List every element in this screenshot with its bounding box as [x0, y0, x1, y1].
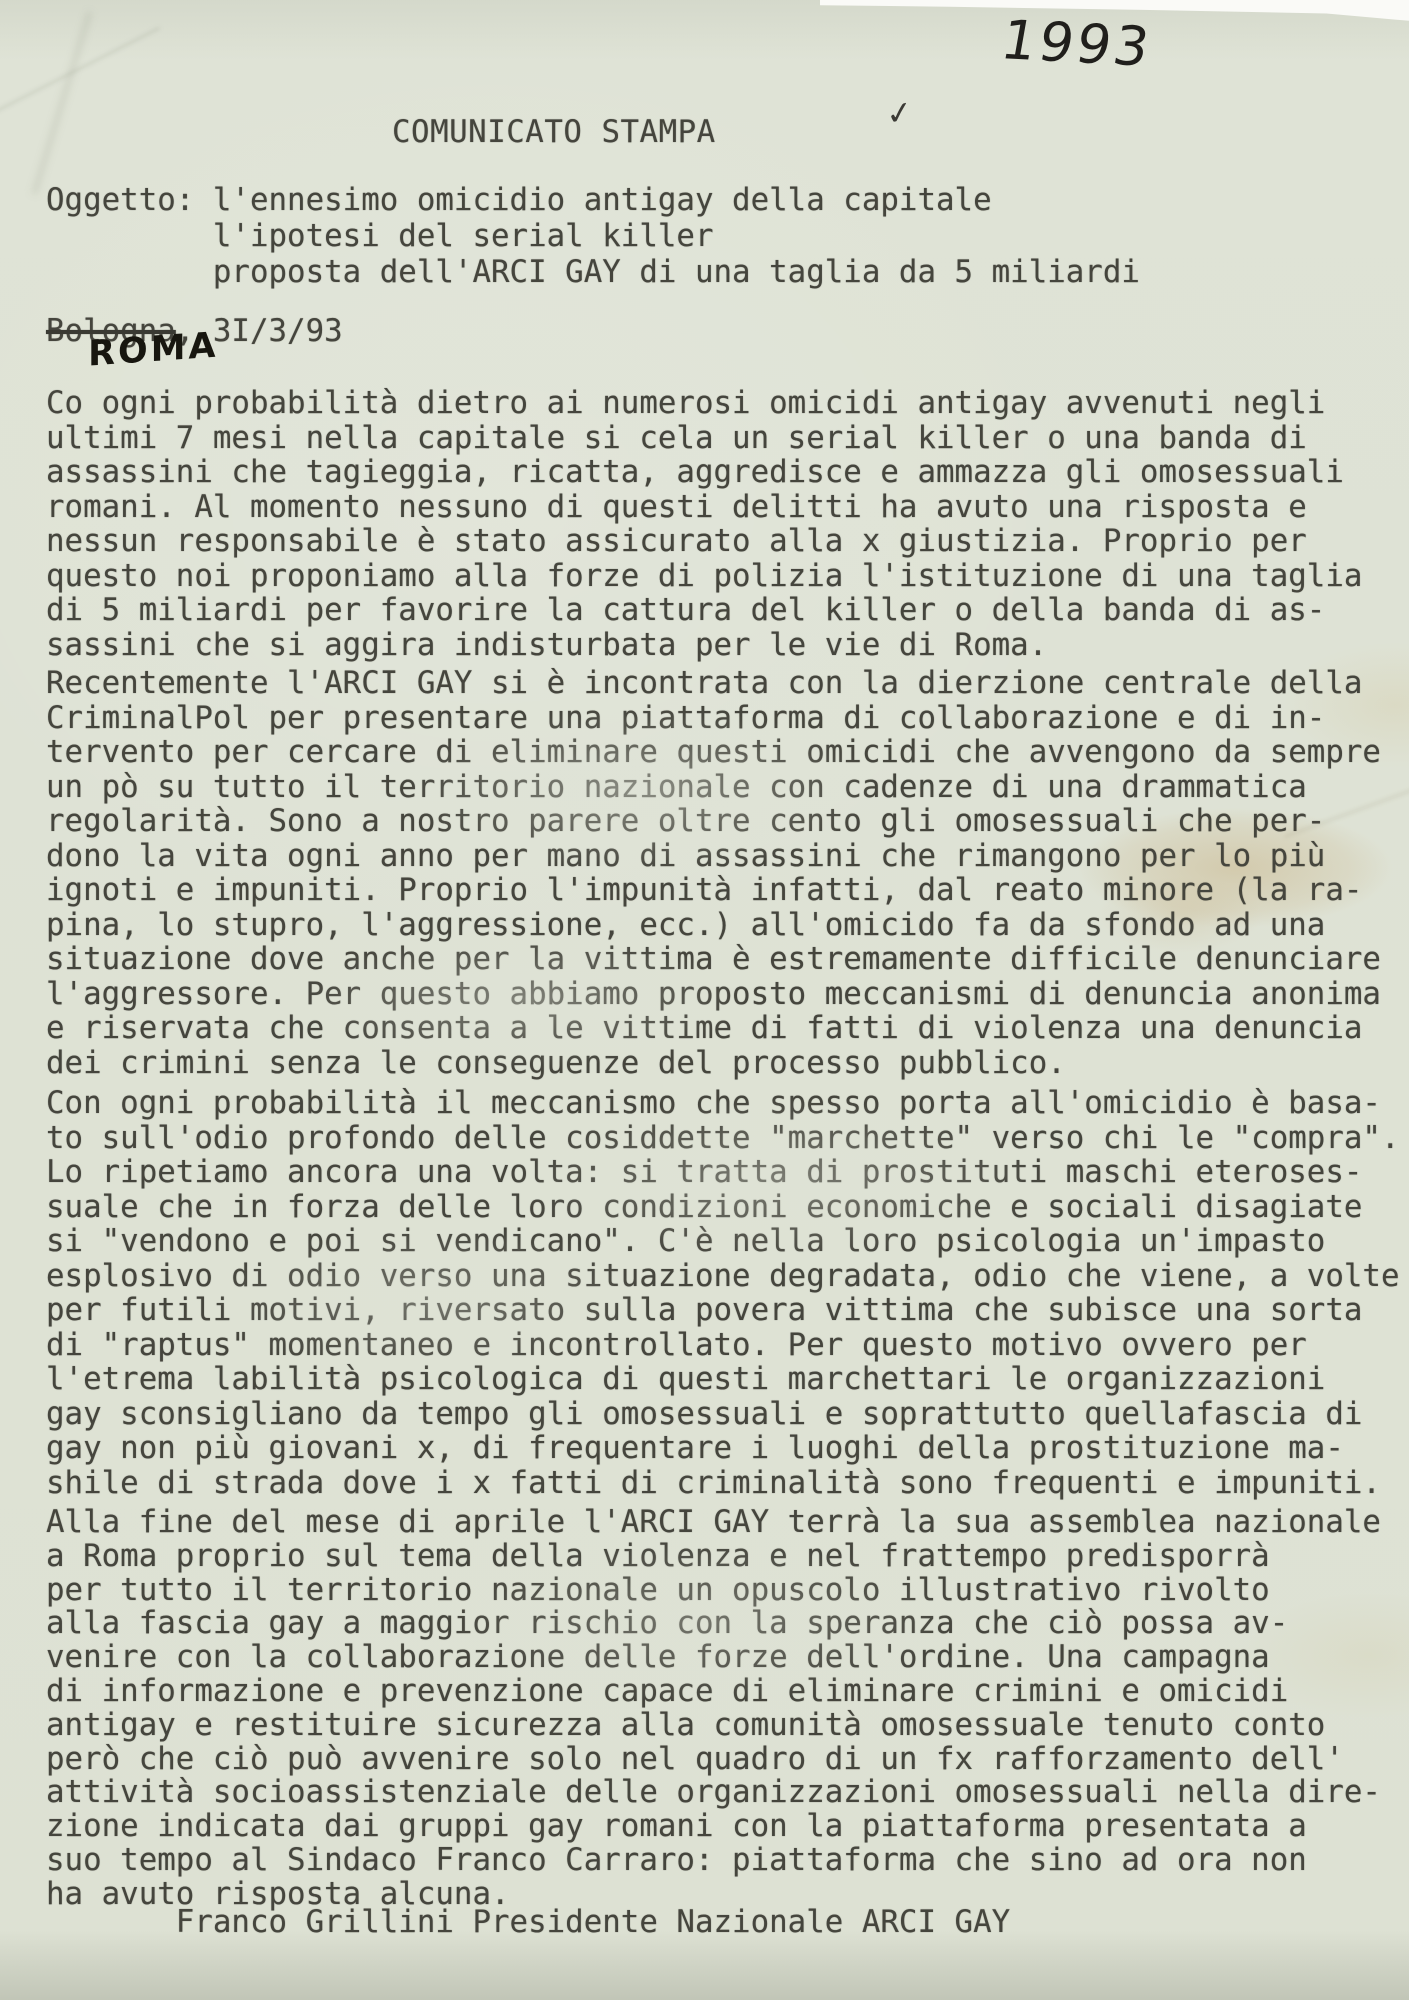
subject-block: Oggetto: l'ennesimo omicidio antigay del… — [46, 182, 1140, 290]
paragraph-2: Recentemente l'ARCI GAY si è incontrata … — [46, 666, 1381, 1080]
handwritten-city-correction: ROMA — [88, 325, 218, 374]
paper-crease — [32, 12, 91, 195]
paper-sheet: 1993 ✓ COMUNICATO STAMPA Oggetto: l'enne… — [0, 0, 1409, 2000]
handwritten-checkmark: ✓ — [883, 92, 915, 133]
handwritten-year-annotation: 1993 — [997, 8, 1157, 78]
paper-crease — [0, 27, 160, 115]
signature-line: Franco Grillini Presidente Nazionale ARC… — [46, 1905, 1010, 1940]
paragraph-4: Alla fine del mese di aprile l'ARCI GAY … — [46, 1506, 1381, 1912]
paragraph-3: Con ogni probabilità il meccanismo che s… — [46, 1086, 1400, 1500]
scanned-press-release: { "annotations": { "year": "1993", "chec… — [0, 0, 1409, 2000]
paragraph-1: Co ogni probabilità dietro ai numerosi o… — [46, 386, 1362, 662]
document-title: COMUNICATO STAMPA — [392, 115, 716, 150]
